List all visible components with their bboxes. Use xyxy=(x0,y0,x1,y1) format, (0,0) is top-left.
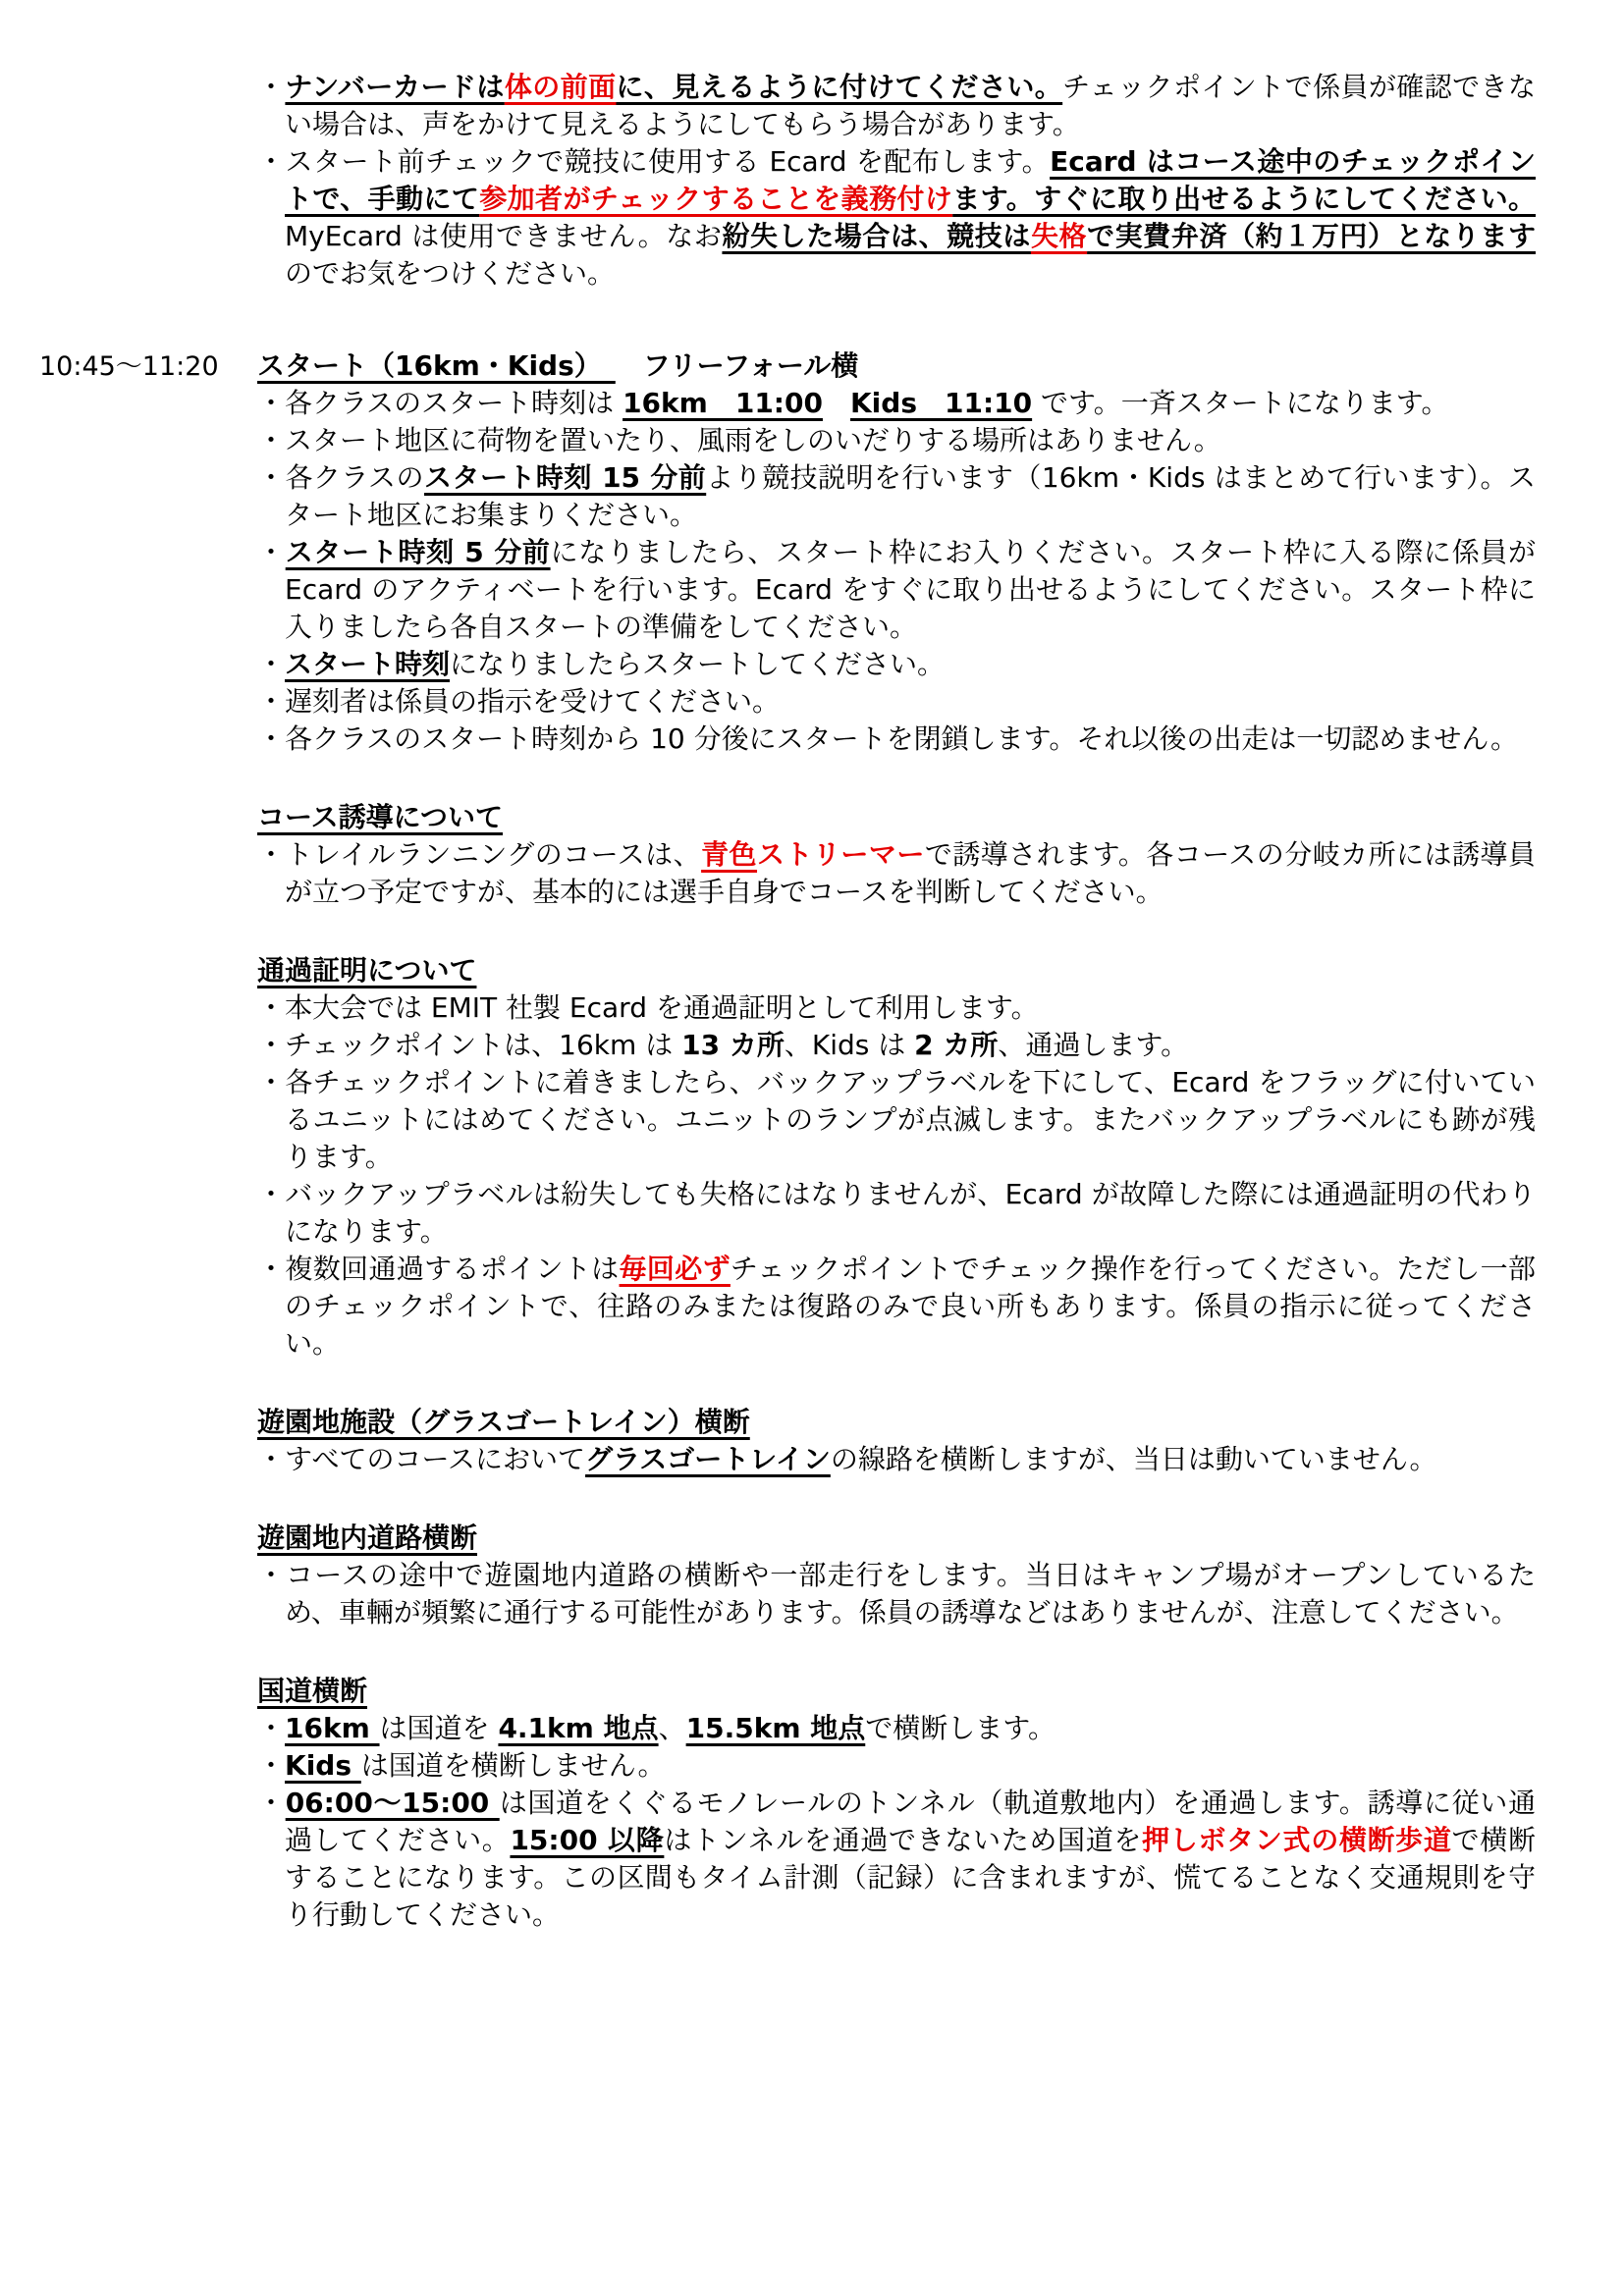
text-run: 遅刻者は係員の指示を受けてください。 xyxy=(285,685,780,718)
text-run: ストリーマー xyxy=(757,838,925,871)
text-run: グラスゴートレイン xyxy=(585,1443,831,1475)
text-run: コースの途中で遊園地内道路の横断や一部走行をします。当日はキャンプ場がオープンし… xyxy=(285,1559,1536,1629)
bullet-item: ・各クラスのスタート時刻 15 分前より競技説明を行います（16km・Kids … xyxy=(257,459,1536,534)
text-run: すべてのコースにおいて xyxy=(285,1443,585,1475)
text-run: 各クラスの xyxy=(285,461,424,494)
bullet-marker: ・ xyxy=(257,685,285,718)
text-run: 4.1km 地点 xyxy=(498,1712,658,1744)
bullet-marker: ・ xyxy=(257,1066,285,1098)
section-heading: 遊園地施設（グラスゴートレイン）横断 xyxy=(257,1404,1536,1441)
bullet-item: ・スタート地区に荷物を置いたり、風雨をしのいだりする場所はありません。 xyxy=(257,422,1536,459)
bullet-marker: ・ xyxy=(257,424,285,456)
bullet-item: ・バックアップラベルは紛失しても失格にはなりませんが、Ecard が故障した際に… xyxy=(257,1176,1536,1251)
bullet-marker: ・ xyxy=(257,387,285,419)
bullet-marker: ・ xyxy=(257,1178,285,1210)
bullet-item: ・スタート前チェックで競技に使用する Ecard を配布します。Ecard はコ… xyxy=(257,143,1536,293)
text-run: です。一斉スタートになります。 xyxy=(1032,387,1448,419)
text-run: 遊園地内道路横断 xyxy=(257,1522,477,1554)
section-park-facility-crossing: 遊園地施設（グラスゴートレイン）横断・すべてのコースにおいてグラスゴートレインの… xyxy=(257,1404,1536,1478)
bullet-marker: ・ xyxy=(257,145,286,178)
section-national-road-crossing: 国道横断・16km は国道を 4.1km 地点、15.5km 地点で横断します。… xyxy=(257,1673,1536,1934)
text-run xyxy=(823,387,850,419)
text-run: 青色 xyxy=(701,838,757,871)
section-header: 遊園地内道路横断 xyxy=(257,1520,1536,1557)
bullet-marker: ・ xyxy=(257,1029,285,1061)
bullet-item: ・16km は国道を 4.1km 地点、15.5km 地点で横断します。 xyxy=(257,1710,1536,1747)
text-run: スタート時刻 xyxy=(285,648,450,680)
bullet-item: ・トレイルランニングのコースは、青色ストリーマーで誘導されます。各コースの分岐カ… xyxy=(257,836,1536,911)
text-run: で横断します。 xyxy=(865,1712,1056,1744)
bullet-item: ・すべてのコースにおいてグラスゴートレインの線路を横断しますが、当日は動いていま… xyxy=(257,1441,1536,1478)
document-body: ・ナンバーカードは体の前面に、見えるように付けてください。チェックポイントで係員… xyxy=(257,69,1536,1934)
bullet-marker: ・ xyxy=(257,1559,286,1591)
text-run: スタート前チェックで競技に使用する Ecard を配布します。 xyxy=(286,145,1051,178)
text-run: 、Kids は xyxy=(785,1029,914,1061)
text-run: バックアップラベルは紛失しても失格にはなりませんが、Ecard が故障した際には… xyxy=(285,1178,1536,1248)
text-run: はトンネルを通過できないため国道を xyxy=(664,1824,1142,1856)
bullet-item: ・各チェックポイントに着きましたら、バックアップラベルを下にして、Ecard を… xyxy=(257,1064,1536,1176)
text-run: スタート地区に荷物を置いたり、風雨をしのいだりする場所はありません。 xyxy=(285,424,1221,456)
bullet-marker: ・ xyxy=(257,648,285,680)
text-run: 複数回通過するポイントは xyxy=(285,1253,619,1285)
text-run: になりましたらスタートしてください。 xyxy=(450,648,945,680)
bullet-item: ・スタート時刻 5 分前になりましたら、スタート枠にお入りください。スタート枠に… xyxy=(257,534,1536,646)
section-header: 国道横断 xyxy=(257,1673,1536,1710)
text-run: は国道を xyxy=(380,1712,499,1744)
text-run: に、見えるように付けてください。 xyxy=(617,71,1063,103)
text-run: 遊園地施設（グラスゴートレイン）横断 xyxy=(257,1406,750,1438)
text-run: チェックポイントは、16km は xyxy=(285,1029,681,1061)
bullet-item: ・コースの途中で遊園地内道路の横断や一部走行をします。当日はキャンプ場がオープン… xyxy=(257,1557,1536,1631)
time-range-label: 10:45～11:20 xyxy=(39,348,219,386)
bullet-marker: ・ xyxy=(257,1712,285,1744)
text-run: のでお気をつけください。 xyxy=(285,257,615,290)
bullet-item: ・各クラスのスタート時刻は 16km 11:00 Kids 11:10 です。一… xyxy=(257,385,1536,422)
bullet-marker: ・ xyxy=(257,838,285,871)
bullet-item: ・06:00～15:00 は国道をくぐるモノレールのトンネル（軌道敷地内）を通過… xyxy=(257,1785,1536,1934)
text-run: 15:00 以降 xyxy=(510,1824,664,1856)
section-heading: 国道横断 xyxy=(257,1673,1536,1710)
text-run: 16km xyxy=(285,1712,380,1744)
text-run: Kids xyxy=(285,1749,361,1782)
text-run: 参加者がチェックすることを義務付け xyxy=(479,183,952,215)
text-run: 体の前面 xyxy=(505,71,617,103)
text-run: 毎回必ず xyxy=(620,1253,731,1285)
text-run: 各チェックポイントに着きましたら、バックアップラベルを下にして、Ecard をフ… xyxy=(285,1066,1536,1173)
text-run: Kids 11:10 xyxy=(850,387,1032,419)
text-run: 16km 11:00 xyxy=(623,387,823,419)
section-heading: スタート（16km・Kids） フリーフォール横 xyxy=(257,347,1536,385)
page: { "palette": { "text": "#000000", "accen… xyxy=(0,0,1624,2296)
text-run: 本大会では EMIT 社製 Ecard を通過証明として利用します。 xyxy=(285,991,1039,1024)
text-run: コース誘導について xyxy=(257,801,503,833)
bullet-item: ・スタート時刻になりましたらスタートしてください。 xyxy=(257,646,1536,683)
text-run: ます。すぐに取り出せるようにしてください。 xyxy=(952,183,1536,215)
text-run: 各クラスのスタート時刻は xyxy=(285,387,623,419)
text-run: で実費弁済（約１万円）となります xyxy=(1087,220,1536,252)
text-run: 2 カ所 xyxy=(914,1029,998,1061)
bullet-marker: ・ xyxy=(257,1749,285,1782)
bullet-item: ・Kids は国道を横断しません。 xyxy=(257,1747,1536,1785)
bullet-item: ・各クラスのスタート時刻から 10 分後にスタートを閉鎖します。それ以後の出走は… xyxy=(257,721,1536,758)
text-run: 、 xyxy=(659,1712,686,1744)
bullet-item: ・チェックポイントは、16km は 13 カ所、Kids は 2 カ所、通過しま… xyxy=(257,1027,1536,1064)
text-run: フリーフォール横 xyxy=(616,349,859,382)
bullet-marker: ・ xyxy=(257,991,285,1024)
text-run: 06:00～15:00 xyxy=(286,1787,500,1819)
text-run: 、通過します。 xyxy=(998,1029,1188,1061)
bullet-item: ・本大会では EMIT 社製 Ecard を通過証明として利用します。 xyxy=(257,989,1536,1027)
bullet-marker: ・ xyxy=(257,1443,285,1475)
section-heading: 遊園地内道路横断 xyxy=(257,1520,1536,1557)
text-run: 各クラスのスタート時刻から 10 分後にスタートを閉鎖します。それ以後の出走は一… xyxy=(285,722,1518,755)
bullet-marker: ・ xyxy=(257,461,285,494)
bullet-marker: ・ xyxy=(257,536,286,568)
text-run: 国道横断 xyxy=(257,1675,367,1707)
section-pre-start-notes: ・ナンバーカードは体の前面に、見えるように付けてください。チェックポイントで係員… xyxy=(257,69,1536,293)
text-run: 失格 xyxy=(1031,220,1087,252)
section-heading: コース誘導について xyxy=(257,799,1536,836)
text-run: 13 カ所 xyxy=(681,1029,785,1061)
text-run: 15.5km 地点 xyxy=(686,1712,866,1744)
section-park-road-crossing: 遊園地内道路横断・コースの途中で遊園地内道路の横断や一部走行をします。当日はキャ… xyxy=(257,1520,1536,1631)
section-heading: 通過証明について xyxy=(257,952,1536,989)
bullet-item: ・ナンバーカードは体の前面に、見えるように付けてください。チェックポイントで係員… xyxy=(257,69,1536,143)
section-course-guidance: コース誘導について・トレイルランニングのコースは、青色ストリーマーで誘導されます… xyxy=(257,799,1536,911)
text-run: スタート時刻 15 分前 xyxy=(424,461,706,494)
section-passage-proof: 通過証明について・本大会では EMIT 社製 Ecard を通過証明として利用し… xyxy=(257,952,1536,1362)
bullet-item: ・複数回通過するポイントは毎回必ずチェックポイントでチェック操作を行ってください… xyxy=(257,1251,1536,1362)
bullet-marker: ・ xyxy=(257,1787,286,1819)
text-run: トレイルランニングのコースは、 xyxy=(285,838,701,871)
text-run: スタート（16km・Kids） xyxy=(257,349,616,382)
bullet-marker: ・ xyxy=(257,722,285,755)
section-header: 10:45～11:20スタート（16km・Kids） フリーフォール横 xyxy=(257,347,1536,385)
bullet-item: ・遅刻者は係員の指示を受けてください。 xyxy=(257,683,1536,721)
text-run: 通過証明について xyxy=(257,954,476,987)
section-header: コース誘導について xyxy=(257,799,1536,836)
text-run: MyEcard は使用できません。なお xyxy=(285,220,722,252)
bullet-marker: ・ xyxy=(257,71,285,103)
text-run: ナンバーカードは xyxy=(285,71,504,103)
section-header: 遊園地施設（グラスゴートレイン）横断 xyxy=(257,1404,1536,1441)
bullet-marker: ・ xyxy=(257,1253,285,1285)
text-run: は国道を横断しません。 xyxy=(361,1749,666,1782)
text-run: スタート時刻 5 分前 xyxy=(286,536,551,568)
text-run: 押しボタン式の横断歩道 xyxy=(1142,1824,1451,1856)
text-run: の線路を横断しますが、当日は動いていません。 xyxy=(831,1443,1437,1475)
section-start: 10:45～11:20スタート（16km・Kids） フリーフォール横・各クラス… xyxy=(257,347,1536,758)
text-run: 紛失した場合は、競技は xyxy=(722,220,1031,252)
section-header: 通過証明について xyxy=(257,952,1536,989)
